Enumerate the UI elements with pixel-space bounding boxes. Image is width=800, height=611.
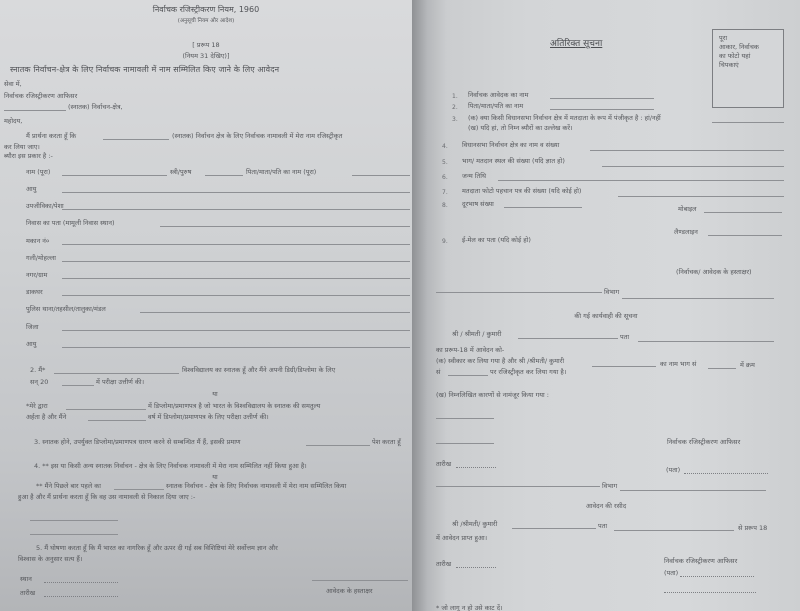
officer-title-1: निर्वाचक रजिस्ट्रीकरण आफिसर	[667, 438, 740, 446]
applicant-signature-label: आवेदक के हस्ताक्षर	[326, 587, 373, 595]
form-title: स्नातक निर्वाचन-क्षेत्र के लिए निर्वाचक …	[10, 66, 279, 74]
part-no-field[interactable]	[708, 368, 736, 369]
officer-date-label-1: तारीख	[436, 460, 451, 468]
para2-text: विश्वविद्यालय का स्नातक हूँ और मैंने अपन…	[182, 366, 335, 374]
field-label-4: मकान नं०	[26, 237, 49, 245]
action-line-2: का प्ररूप-18 में आवेदन को-	[436, 346, 504, 354]
para4-alt1-prefix: ** मैंने पिछले बार पहले का	[36, 482, 101, 490]
receipt-officer: निर्वाचक रजिस्ट्रीकरण आफिसर	[664, 557, 737, 565]
action-line-4-prefix: सं	[436, 368, 440, 376]
action-line-4-suffix: पर रजिस्ट्रीकृत कर लिया गया है।	[490, 368, 566, 376]
date-field[interactable]	[44, 596, 118, 597]
receipt-date-field[interactable]	[456, 567, 496, 568]
para4-alt2: हुआ है और मैं प्रार्थना करता हूँ कि वह उ…	[18, 493, 195, 501]
phone-number-field[interactable]	[504, 207, 582, 208]
action-line-5: (ख) निम्नलिखित कारणों से नामंजूर किया गय…	[436, 391, 549, 399]
item-3b-label: (ख) यदि हां, तो निम्न ब्यौरों का उल्लेख …	[468, 124, 572, 132]
salutation: महोदय,	[4, 117, 22, 125]
field-label-1: आयु	[26, 185, 36, 193]
accepted-name-field[interactable]	[592, 366, 656, 367]
para3-text: 3. स्नातक होने, उपर्युक्त डिप्लोमा/प्रमा…	[34, 438, 241, 446]
constituency-name-field[interactable]	[103, 139, 169, 140]
para2-alt1-suffix: में डिप्लोमा/प्रमाणपत्र है जो भारत के वि…	[148, 402, 320, 410]
field-label-8: पुलिस थाना/तहसील/तालुका/मंडल	[26, 305, 106, 313]
receipt-line-1-prefix: श्री /श्रीमती/ कुमारी	[452, 520, 497, 528]
photo-box-line-2: आकार, निर्वाचक	[719, 43, 759, 51]
para3-suffix: पेश करता हूँ	[372, 438, 401, 446]
item-4-label: विधानसभा निर्वाचन क्षेत्र का नाम व संख्य…	[462, 141, 559, 149]
item-9-label: ई-मेल का पता (यदि कोई हो)	[462, 236, 531, 244]
university-field[interactable]	[54, 373, 179, 374]
action-line-1-mid: पता	[620, 333, 629, 341]
receipt-line-1-mid: पता	[598, 522, 607, 530]
diploma-field[interactable]	[66, 409, 146, 410]
item-6-label: जन्म तिथि	[462, 172, 486, 180]
receipt-date-label: तारीख	[436, 560, 451, 568]
rules-subtitle: (अनुसूची नियम और आदेश)	[0, 17, 412, 25]
item-7-label: मतदाता फोटो पहचान पत्र की संख्या (यदि को…	[462, 187, 581, 195]
photo-box-line-1: पूरा	[719, 34, 727, 42]
form-page-right: अतिरिक्त सूचना पूरा आकार, निर्वाचक का फो…	[412, 0, 800, 611]
action-line-3-suffix: में क्रम	[740, 361, 755, 369]
field-input-3[interactable]	[160, 226, 410, 227]
divider-label: विभाग	[604, 288, 619, 296]
item-4-num: 4.	[442, 143, 448, 150]
para2-num: 2. मैं*	[30, 366, 45, 374]
applicant-name-field[interactable]	[550, 98, 654, 99]
receipt-line-2: में आवेदन प्राप्त हुआ।	[436, 534, 487, 542]
gender-label: स्त्री/पुरुष	[170, 168, 191, 176]
item-3-label: (क) क्या किसी विधानसभा निर्वाचन क्षेत्र …	[468, 114, 661, 122]
name-field[interactable]	[62, 175, 167, 176]
landline-field[interactable]	[708, 235, 782, 236]
item-2-label: पिता/माता/पति का नाम	[468, 102, 523, 110]
item-7-num: 7.	[442, 189, 448, 196]
para2-year-suffix: में परीक्षा उत्तीर्ण की।	[96, 378, 144, 386]
applicant-signature-right: (निर्वाचक/ आवेदक के हस्ताक्षर)	[676, 268, 752, 276]
field-input-10[interactable]	[62, 347, 410, 348]
photo-box-line-4: चिपकाएं	[719, 61, 739, 69]
receipt-seal-field-2[interactable]	[664, 592, 756, 593]
item-5-label: भाग/ मतदान स्थल की संख्या (यदि ज्ञात हो)	[462, 157, 565, 165]
previous-entry-line-2[interactable]	[30, 534, 118, 535]
item-8-label: दूरभाष संख्या	[462, 200, 494, 208]
gender-field[interactable]	[205, 175, 243, 176]
previous-constituency-field[interactable]	[114, 489, 164, 490]
form-page-left: निर्वाचक रजिस्ट्रीकरण नियम, 1960 (अनुसूच…	[0, 0, 412, 611]
exam-year-field[interactable]	[62, 385, 94, 386]
field-input-6[interactable]	[62, 278, 410, 279]
serial-no-field[interactable]	[448, 375, 488, 376]
receipt-address-field[interactable]	[614, 530, 734, 531]
field-input-7[interactable]	[62, 295, 410, 296]
photo-box: पूरा आकार, निर्वाचक का फोटो यहां चिपकाएं	[712, 29, 784, 108]
mobile-label: मोबाइल	[678, 205, 697, 213]
addressee-officer: निर्वाचक रजिस्ट्रीकरण आफिसर	[4, 92, 77, 100]
para2-alt2-prefix: अर्हता है और मैंने	[26, 413, 66, 421]
diploma-year-field[interactable]	[88, 420, 146, 421]
field-input-2[interactable]	[62, 209, 410, 210]
receipt-seal-label: (पता)	[664, 569, 678, 577]
action-name-field[interactable]	[518, 338, 618, 339]
parent-name-field[interactable]	[550, 109, 654, 110]
receipt-title: आवेदन की रसीद	[412, 502, 800, 510]
field-label-9: जिला	[26, 323, 39, 331]
officer-seal-field-1[interactable]	[684, 473, 768, 474]
place-field[interactable]	[44, 582, 118, 583]
field-input-5[interactable]	[62, 261, 410, 262]
applicant-signature-field[interactable]	[312, 580, 408, 581]
action-line-3-mid: का नाम भाग सं	[660, 360, 696, 368]
intro-line-1-prefix: मैं प्रार्थना करता हूँ कि	[26, 132, 76, 140]
officer-date-field-1[interactable]	[456, 467, 496, 468]
rules-title: निर्वाचक रजिस्ट्रीकरण नियम, 1960	[0, 6, 412, 14]
landline-label: लैण्डलाइन	[674, 228, 698, 236]
para2-alt2-suffix: वर्ष में डिप्लोमा/प्रमाणपत्र के लिए परीक…	[148, 413, 269, 421]
action-address-field[interactable]	[638, 341, 774, 342]
intro-line-3: ब्यौरा इस प्रकार है :-	[4, 152, 53, 160]
date-label: तारीख	[20, 589, 35, 597]
para2-or: या	[0, 390, 412, 398]
registered-voter-field[interactable]	[712, 122, 784, 123]
mobile-field[interactable]	[704, 212, 782, 213]
action-line-1-prefix: श्री / श्रीमती / कुमारी	[452, 330, 501, 338]
field-input-1[interactable]	[62, 192, 410, 193]
divider-label-2: विभाग	[602, 482, 617, 490]
additional-info-title: अतिरिक्त सूचना	[550, 40, 602, 48]
item-3-num: 3.	[452, 116, 458, 123]
item-9-num: 9.	[442, 238, 448, 245]
relation-label: पिता/माता/पति का नाम (पूरा)	[246, 168, 316, 176]
intro-line-2: कर लिया जाए।	[4, 143, 40, 151]
field-label-5: गली/मोहल्ला	[26, 254, 56, 262]
receipt-line-1-suffix: से प्ररूप 18	[738, 524, 767, 532]
form-number: [ प्ररूप 18	[0, 41, 412, 49]
action-section-title: की गई कार्यवाही की सूचना	[412, 312, 800, 320]
receipt-name-field[interactable]	[512, 528, 596, 529]
item-1-num: 1.	[452, 93, 458, 100]
photo-box-line-3: का फोटो यहां	[719, 52, 750, 60]
rejection-reason-line-2[interactable]	[436, 443, 494, 444]
bottom-note: * जो लागू न हो उसे काट दें।	[436, 604, 503, 611]
para2-year-prefix: सन् 20	[30, 378, 48, 386]
part-number-field[interactable]	[602, 166, 784, 167]
para5-text-2: विश्वास के अनुसार सत्य हैं।	[18, 555, 82, 563]
rejection-reason-line-1[interactable]	[436, 418, 494, 419]
receipt-seal-field[interactable]	[680, 576, 754, 577]
addressee-constituency: (स्नातक) निर्वाचन-क्षेत्र,	[68, 103, 123, 111]
place-label: स्थान	[20, 575, 32, 583]
item-6-num: 6.	[442, 174, 448, 181]
epic-number-field[interactable]	[618, 196, 784, 197]
field-label-7: डाकघर	[26, 288, 43, 296]
relation-name-field[interactable]	[352, 175, 410, 176]
field-label-6: नगर/ग्राम	[26, 271, 47, 279]
para5-text: 5. मैं घोषणा करता हूँ कि मैं भारत का नाग…	[36, 544, 278, 552]
intro-line-1-suffix: (स्नातक) निर्वाचन क्षेत्र के लिए निर्वाच…	[172, 132, 342, 140]
proof-field[interactable]	[306, 445, 370, 446]
item-8-num: 8.	[442, 202, 448, 209]
officer-seal-label-1: (पता)	[666, 466, 680, 474]
field-label-2: उपजीविका/पेशा	[26, 202, 64, 210]
para4-or: या	[0, 473, 412, 481]
action-line-3-prefix: (क) स्वीकार कर लिया गया है और श्री /श्री…	[436, 357, 564, 365]
para4-text: 4. ** इस या किसी अन्य स्नातक निर्वाचन - …	[34, 462, 307, 470]
para4-alt1-suffix: स्नातक निर्वाचन - क्षेत्र के लिए निर्वाच…	[166, 482, 346, 490]
field-label-name: नाम (पूरा)	[26, 168, 50, 176]
field-input-8[interactable]	[140, 312, 410, 313]
assembly-constituency-field[interactable]	[590, 150, 784, 151]
field-input-4[interactable]	[62, 244, 410, 245]
field-label-10: आयु	[26, 340, 36, 348]
addressee-prefix: सेवा में,	[4, 80, 22, 88]
field-input-9[interactable]	[62, 330, 410, 331]
item-5-num: 5.	[442, 159, 448, 166]
item-2-num: 2.	[452, 104, 458, 111]
date-of-birth-field[interactable]	[498, 180, 784, 181]
para2-alt1-prefix: *मेरे द्वारा	[26, 402, 48, 410]
item-1-label: निर्वाचक आवेदक का नाम	[468, 91, 528, 99]
previous-entry-line-1[interactable]	[30, 520, 118, 521]
field-label-3: निवास का पता (मामूली निवास स्थान)	[26, 219, 115, 227]
rule-reference: (नियम 31 देखिए)]	[0, 52, 412, 60]
